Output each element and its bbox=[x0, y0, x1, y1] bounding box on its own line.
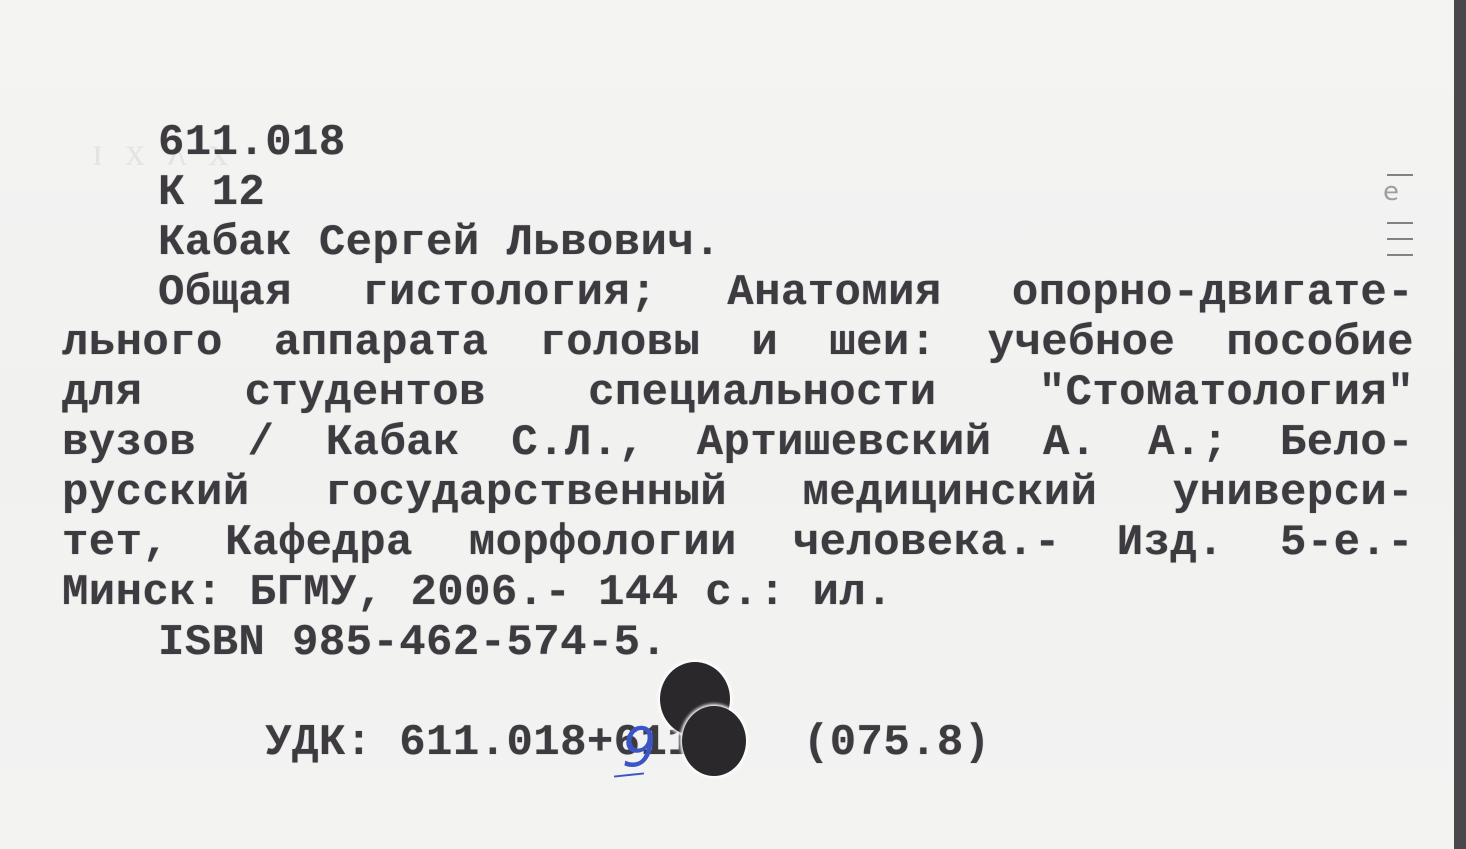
description-line-7: Минск: БГМУ, 2006.- 144 с.: ил. bbox=[62, 568, 1414, 618]
catalog-card: ɪ x λ x 611.018 К 12 Кабак Сергей Львови… bbox=[0, 0, 1454, 849]
udc-suffix: (075.8) bbox=[803, 718, 991, 768]
description-line-6: тет, Кафедра морфологии человека.- Изд. … bbox=[62, 518, 1414, 568]
description-line-1: Общая гистология; Анатомия опорно-двигат… bbox=[62, 268, 1414, 318]
description-line-2: льного аппарата головы и шеи: учебное по… bbox=[62, 318, 1414, 368]
bleed-through-marks: e bbox=[1383, 160, 1413, 340]
scanner-edge bbox=[1454, 0, 1466, 849]
punch-hole-extension bbox=[682, 706, 746, 776]
description-line-5: русский государственный медицинский унив… bbox=[62, 468, 1414, 518]
isbn: ISBN 985-462-574-5. bbox=[158, 618, 667, 668]
author-mark: К 12 bbox=[158, 168, 265, 218]
author-heading: Кабак Сергей Львович. bbox=[158, 218, 721, 268]
classification-number: 611.018 bbox=[158, 118, 346, 168]
description-line-4: вузов / Кабак С.Л., Артишевский А. А.; Б… bbox=[62, 418, 1414, 468]
description-line-3: для студентов специальности "Стоматологи… bbox=[62, 368, 1414, 418]
udc-classification: УДК: 611.018+611.(075.8) bbox=[158, 668, 991, 818]
handwritten-number: 9 bbox=[622, 718, 656, 778]
